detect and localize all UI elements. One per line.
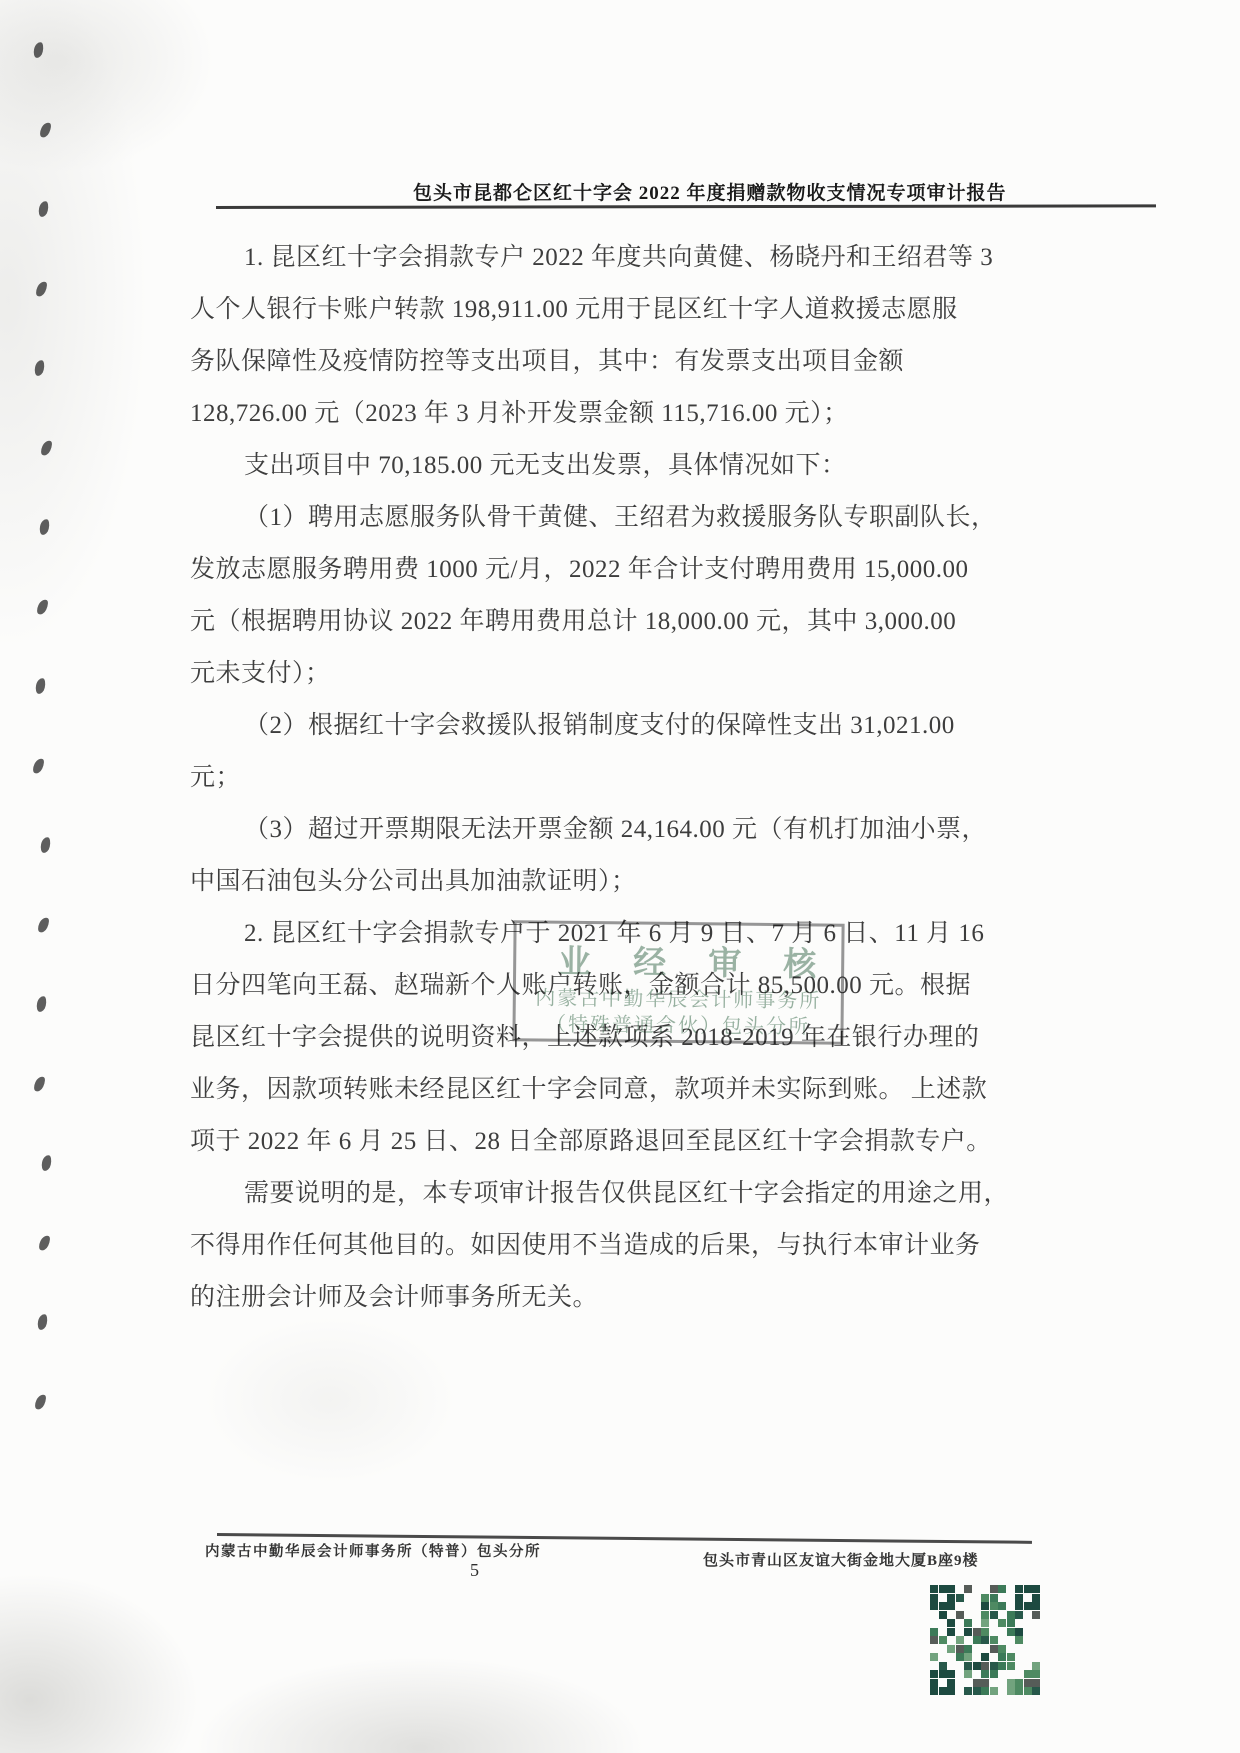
- text-line: 日分四笔向王磊、赵瑞新个人账户转账，金额合计 85,500.00 元。根据: [190, 960, 950, 1012]
- text-line: 不得用作任何其他目的。如因使用不当造成的后果，与执行本审计业务: [190, 1220, 950, 1272]
- text-line: （3）超过开票期限无法开票金额 24,164.00 元（有机打加油小票，: [190, 804, 950, 856]
- footer-address: 包头市青山区友谊大街金地大厦B座9楼: [703, 1549, 979, 1570]
- text-line: 元（根据聘用协议 2022 年聘用费用总计 18,000.00 元，其中 3,0…: [190, 596, 950, 648]
- text-line: 元未支付）；: [190, 648, 950, 700]
- text-line: 项于 2022 年 6 月 25 日、28 日全部原路退回至昆区红十字会捐款专户…: [190, 1116, 950, 1168]
- text-line: 中国石油包头分公司出具加油款证明）；: [190, 856, 950, 908]
- footer-firm: 内蒙古中勤华辰会计师事务所（特普）包头分所: [205, 1540, 541, 1561]
- text-line: 人个人银行卡账户转款 198,911.00 元用于昆区红十字人道救援志愿服: [190, 284, 950, 336]
- text-line: 业务，因款项转账未经昆区红十字会同意，款项并未实际到账。 上述款: [190, 1064, 950, 1116]
- text-line: 支出项目中 70,185.00 元无支出发票，具体情况如下：: [190, 440, 950, 492]
- page-number: 5: [470, 1560, 479, 1581]
- text-line: 昆区红十字会提供的说明资料，上述款项系 2018-2019 年在银行办理的: [190, 1012, 950, 1064]
- text-line: 元；: [190, 752, 950, 804]
- text-line: 1. 昆区红十字会捐款专户 2022 年度共向黄健、杨晓丹和王绍君等 3: [190, 232, 950, 284]
- report-body: 1. 昆区红十字会捐款专户 2022 年度共向黄健、杨晓丹和王绍君等 3 人个人…: [190, 232, 950, 1324]
- qr-code: [930, 1585, 1041, 1696]
- text-line: （1）聘用志愿服务队骨干黄健、王绍君为救援服务队专职副队长，: [190, 492, 950, 544]
- text-line: （2）根据红十字会救援队报销制度支付的保障性支出 31,021.00: [190, 700, 950, 752]
- text-line: 的注册会计师及会计师事务所无关。: [190, 1272, 950, 1324]
- header-title: 包头市昆都仑区红十字会 2022 年度捐赠款物收支情况专项审计报告: [413, 178, 1007, 205]
- text-line: 务队保障性及疫情防控等支出项目，其中：有发票支出项目金额: [190, 336, 950, 388]
- scanned-report-page: 包头市昆都仑区红十字会 2022 年度捐赠款物收支情况专项审计报告 1. 昆区红…: [0, 0, 1240, 1753]
- text-line: 128,726.00 元（2023 年 3 月补开发票金额 115,716.00…: [190, 388, 950, 440]
- text-line: 2. 昆区红十字会捐款专户于 2021 年 6 月 9 日、7 月 6 日、11…: [190, 908, 950, 960]
- text-line: 需要说明的是，本专项审计报告仅供昆区红十字会指定的用途之用，: [190, 1168, 950, 1220]
- header-rule: [216, 204, 1156, 209]
- text-line: 发放志愿服务聘用费 1000 元/月，2022 年合计支付聘用费用 15,000…: [190, 544, 950, 596]
